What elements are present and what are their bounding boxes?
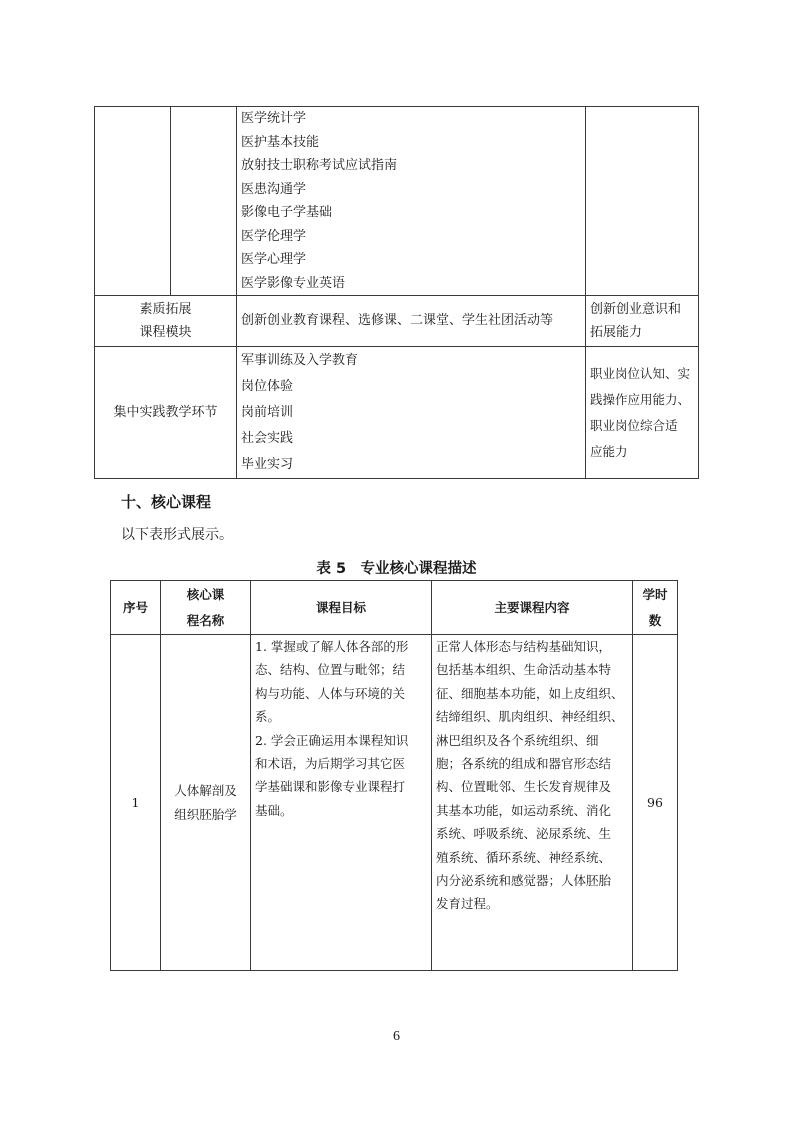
header-text: 程名称 (161, 608, 250, 634)
goal-line: 2. 学会正确运用本课程知识 (255, 729, 427, 752)
course-item: 医患沟通学 (241, 178, 581, 202)
course-item: 岗位体验 (241, 374, 581, 400)
course-item: 影像电子学基础 (241, 201, 581, 225)
course-item: 医学伦理学 (241, 225, 581, 249)
course-item: 放射技士职称考试应试指南 (241, 154, 581, 178)
table-caption: 表 5 专业核心课程描述 (0, 557, 793, 578)
course-item: 毕业实习 (241, 452, 581, 478)
ability-cell: 职业岗位认知、实 践操作应用能力、 职业岗位综合适 应能力 (586, 347, 699, 479)
table-row: 医学统计学 医护基本技能 放射技士职称考试应试指南 医患沟通学 影像电子学基础 … (95, 107, 699, 296)
content-line: 胞；各系统的组成和器官形态结 (436, 752, 628, 775)
content-line: 其基本功能，如运动系统、消化 (436, 799, 628, 822)
header-text: 学时 (633, 582, 677, 608)
header-hours: 学时 数 (633, 581, 678, 635)
course-item: 岗前培训 (241, 400, 581, 426)
table-header-row: 序号 核心课 程名称 课程目标 主要课程内容 学时 数 (111, 581, 678, 635)
content-line: 系统、呼吸系统、泌尿系统、生 (436, 822, 628, 845)
course-item: 创新创业教育课程、选修课、二课堂、学生社团活动等 (241, 309, 581, 333)
page-number: 6 (0, 1029, 793, 1045)
course-item: 医学心理学 (241, 248, 581, 272)
header-text: 数 (633, 608, 677, 634)
ability-text: 创新创业意识和 (590, 298, 694, 322)
ability-text: 职业岗位认知、实 (590, 361, 694, 387)
goal-line: 1. 掌握或了解人体各部的形 (255, 635, 427, 658)
core-course-table: 序号 核心课 程名称 课程目标 主要课程内容 学时 数 1 人体解剖及 组织胚胎… (110, 580, 678, 971)
course-item: 军事训练及入学教育 (241, 348, 581, 374)
goal-line: 和术语，为后期学习其它医 (255, 752, 427, 775)
row-course-name: 人体解剖及 组织胚胎学 (161, 635, 251, 971)
course-item: 医护基本技能 (241, 131, 581, 155)
content-line: 结缔组织、肌肉组织、神经组织、 (436, 705, 628, 728)
header-text: 核心课 (161, 582, 250, 608)
header-index: 序号 (111, 581, 161, 635)
content-line: 正常人体形态与结构基础知识， (436, 635, 628, 658)
section-heading: 十、核心课程 (121, 491, 211, 512)
course-item: 社会实践 (241, 426, 581, 452)
submodule-cell (171, 107, 237, 296)
goal-line: 构与功能、人体与环境的关 (255, 682, 427, 705)
ability-text: 职业岗位综合适 (590, 413, 694, 439)
content-line: 淋巴组织及各个系统组织、细 (436, 729, 628, 752)
courses-cell: 军事训练及入学教育 岗位体验 岗前培训 社会实践 毕业实习 (237, 347, 586, 479)
ability-text: 应能力 (590, 439, 694, 465)
module-label: 集中实践教学环节 (95, 401, 236, 425)
table-row: 1 人体解剖及 组织胚胎学 1. 掌握或了解人体各部的形 态、结构、位置与毗邻；… (111, 635, 678, 971)
module-cell (95, 107, 171, 296)
module-label: 课程模块 (95, 321, 236, 345)
header-content: 主要课程内容 (432, 581, 633, 635)
course-item: 医学统计学 (241, 107, 581, 131)
header-goal: 课程目标 (251, 581, 432, 635)
course-name-text: 组织胚胎学 (161, 803, 250, 826)
goal-line: 学基础课和影像专业课程打 (255, 775, 427, 798)
goal-line: 基础。 (255, 799, 427, 822)
module-cell: 素质拓展 课程模块 (95, 296, 237, 347)
module-label: 素质拓展 (95, 298, 236, 322)
course-item: 医学影像专业英语 (241, 272, 581, 296)
courses-cell: 创新创业教育课程、选修课、二课堂、学生社团活动等 (237, 296, 586, 347)
content-line: 征、细胞基本功能，如上皮组织、 (436, 682, 628, 705)
header-course-name: 核心课 程名称 (161, 581, 251, 635)
row-content: 正常人体形态与结构基础知识， 包括基本组织、生命活动基本特 征、细胞基本功能，如… (432, 635, 633, 971)
content-line: 包括基本组织、生命活动基本特 (436, 658, 628, 681)
row-hours: 96 (633, 635, 678, 971)
content-line: 殖系统、循环系统、神经系统、 (436, 846, 628, 869)
content-line: 内分泌系统和感觉器；人体胚胎 (436, 869, 628, 892)
goal-line: 系。 (255, 705, 427, 728)
content-line: 发育过程。 (436, 892, 628, 915)
table-row: 素质拓展 课程模块 创新创业教育课程、选修课、二课堂、学生社团活动等 创新创业意… (95, 296, 699, 347)
course-name-text: 人体解剖及 (161, 779, 250, 802)
course-structure-table-continued: 医学统计学 医护基本技能 放射技士职称考试应试指南 医患沟通学 影像电子学基础 … (94, 106, 699, 479)
courses-cell: 医学统计学 医护基本技能 放射技士职称考试应试指南 医患沟通学 影像电子学基础 … (237, 107, 586, 296)
ability-text: 践操作应用能力、 (590, 387, 694, 413)
section-intro: 以下表形式展示。 (121, 524, 233, 544)
goal-line: 态、结构、位置与毗邻；结 (255, 658, 427, 681)
row-goal: 1. 掌握或了解人体各部的形 态、结构、位置与毗邻；结 构与功能、人体与环境的关… (251, 635, 432, 971)
ability-text: 拓展能力 (590, 321, 694, 345)
ability-cell: 创新创业意识和 拓展能力 (586, 296, 699, 347)
content-line: 构、位置毗邻、生长发育规律及 (436, 775, 628, 798)
table-row: 集中实践教学环节 军事训练及入学教育 岗位体验 岗前培训 社会实践 毕业实习 职… (95, 347, 699, 479)
row-index: 1 (111, 635, 161, 971)
module-cell: 集中实践教学环节 (95, 347, 237, 479)
ability-cell (586, 107, 699, 296)
